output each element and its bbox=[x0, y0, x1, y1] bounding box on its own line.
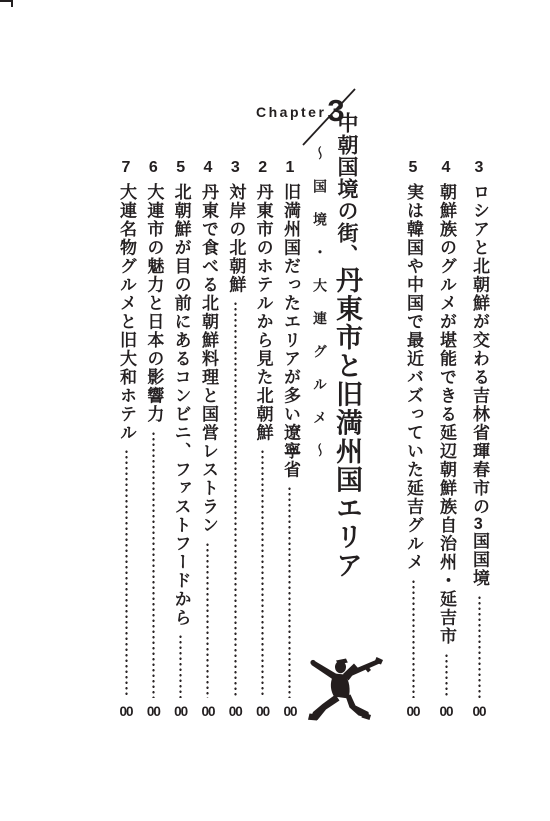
entry-page-number: 00 bbox=[283, 705, 296, 719]
entry-title: 対岸の北朝鮮 bbox=[225, 183, 245, 294]
entry-number: 5 bbox=[176, 160, 185, 176]
entry-page-number: 00 bbox=[472, 705, 485, 719]
entry-title: 丹東市のホテルから見た北朝鮮 bbox=[253, 183, 273, 442]
dotted-leader bbox=[288, 486, 291, 698]
toc-entry: 6 大連市の魅力と日本の影響力 00 bbox=[143, 160, 163, 718]
chapter-title: 中朝国境の街、丹東市と旧満州国エリア bbox=[328, 112, 366, 580]
entry-number: 4 bbox=[204, 160, 213, 176]
toc-entry: 5 北朝鮮が目の前にあるコンビニ、ファストフードから 00 bbox=[171, 160, 191, 718]
dotted-leader bbox=[412, 579, 415, 698]
dotted-leader bbox=[206, 542, 209, 698]
toc-entry: 3 対岸の北朝鮮 00 bbox=[225, 160, 245, 718]
chapter-title-main: 丹東市と旧満州国エリア bbox=[332, 266, 362, 580]
entry-page-number: 00 bbox=[119, 705, 132, 719]
prev-chapter-entry-list: 3 ロシアと北朝鮮が交わる吉林省琿春市の3国国境 00 4 朝鮮族のグルメが堪能… bbox=[403, 160, 489, 718]
chapter-title-lead: 中朝国境の街、 bbox=[335, 112, 359, 266]
entry-number: 7 bbox=[122, 160, 131, 176]
dotted-leader bbox=[179, 634, 182, 698]
entry-number: 6 bbox=[149, 160, 158, 176]
ink-thrower-figure-icon bbox=[303, 647, 387, 725]
book-toc-page: 3 ロシアと北朝鮮が交わる吉林省琿春市の3国国境 00 4 朝鮮族のグルメが堪能… bbox=[0, 0, 550, 821]
entry-title: 大連市の魅力と日本の影響力 bbox=[143, 183, 163, 424]
toc-entry: 2 丹東市のホテルから見た北朝鮮 00 bbox=[253, 160, 273, 718]
scan-corner-mark bbox=[0, 0, 13, 7]
entry-number: 5 bbox=[409, 160, 418, 176]
entry-page-number: 00 bbox=[174, 705, 187, 719]
entry-title: 北朝鮮が目の前にあるコンビニ、ファストフードから bbox=[171, 183, 191, 627]
entry-number: 2 bbox=[258, 160, 267, 176]
toc-entry: 4 丹東で食べる北朝鮮料理と国営レストラン 00 bbox=[198, 160, 218, 718]
dotted-leader bbox=[261, 449, 264, 698]
dotted-leader bbox=[125, 449, 128, 698]
entry-page-number: 00 bbox=[201, 705, 214, 719]
chapter-subtitle: 〜国境・大連グルメ〜 bbox=[311, 146, 329, 476]
dotted-leader bbox=[234, 301, 237, 698]
entry-title: 実は韓国や中国で最近バズっていた延吉グルメ bbox=[403, 183, 423, 572]
dotted-leader bbox=[445, 653, 448, 698]
entry-number: 1 bbox=[286, 160, 295, 176]
entry-title: 朝鮮族のグルメが堪能できる延辺朝鮮族自治州・延吉市 bbox=[436, 183, 456, 646]
entry-page-number: 00 bbox=[229, 705, 242, 719]
dotted-leader bbox=[478, 595, 481, 698]
toc-entry: 4 朝鮮族のグルメが堪能できる延辺朝鮮族自治州・延吉市 00 bbox=[436, 160, 456, 718]
entry-page-number: 00 bbox=[439, 705, 452, 719]
entry-title: 丹東で食べる北朝鮮料理と国営レストラン bbox=[198, 183, 218, 535]
entry-page-number: 00 bbox=[256, 705, 269, 719]
entry-page-number: 00 bbox=[406, 705, 419, 719]
chapter-entry-list: 1 旧満州国だったエリアが多い遼寧省 00 2 丹東市のホテルから見た北朝鮮 0… bbox=[116, 160, 300, 718]
toc-entry: 3 ロシアと北朝鮮が交わる吉林省琿春市の3国国境 00 bbox=[469, 160, 489, 718]
dotted-leader bbox=[152, 431, 155, 698]
entry-page-number: 00 bbox=[147, 705, 160, 719]
entry-title: 大連名物グルメと旧大和ホテル bbox=[116, 183, 136, 442]
entry-number: 3 bbox=[231, 160, 240, 176]
entry-number: 4 bbox=[442, 160, 451, 176]
entry-title: ロシアと北朝鮮が交わる吉林省琿春市の3国国境 bbox=[469, 183, 489, 588]
entry-number: 3 bbox=[475, 160, 484, 176]
toc-entry: 1 旧満州国だったエリアが多い遼寧省 00 bbox=[280, 160, 300, 718]
toc-entry: 5 実は韓国や中国で最近バズっていた延吉グルメ 00 bbox=[403, 160, 423, 718]
entry-title: 旧満州国だったエリアが多い遼寧省 bbox=[280, 183, 300, 479]
toc-entry: 7 大連名物グルメと旧大和ホテル 00 bbox=[116, 160, 136, 718]
